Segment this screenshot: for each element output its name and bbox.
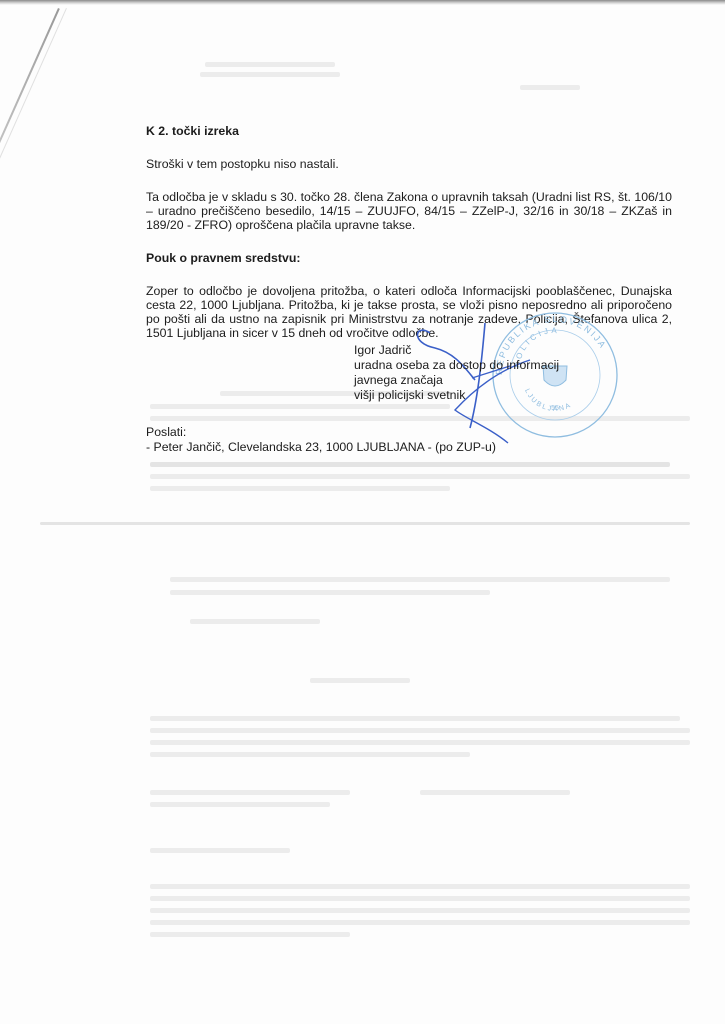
recipient-item: - Peter Jančič, Clevelandska 23, 1000 LJ…: [146, 440, 496, 455]
signatory-role-cont: javnega značaja: [354, 373, 559, 388]
section-heading: K 2. točki izreka: [146, 124, 672, 138]
recipients-block: Poslati: - Peter Jančič, Clevelandska 23…: [146, 425, 496, 455]
recipients-label: Poslati:: [146, 425, 496, 440]
signatory-title: višji policijski svetnik: [354, 388, 559, 403]
signatory-name: Igor Jadrič: [354, 343, 559, 358]
signatory-role: uradna oseba za dostop do informacij: [354, 358, 559, 373]
remedy-heading: Pouk o pravnem sredstvu:: [146, 251, 672, 265]
scan-top-edge: [0, 0, 725, 5]
fee-paragraph: Ta odločba je v skladu s 30. točko 28. č…: [146, 190, 672, 232]
signature-block: Igor Jadrič uradna oseba za dostop do in…: [354, 343, 559, 403]
costs-paragraph: Stroški v tem postopku niso nastali.: [146, 157, 672, 171]
scan-artifact-line: [0, 8, 67, 237]
